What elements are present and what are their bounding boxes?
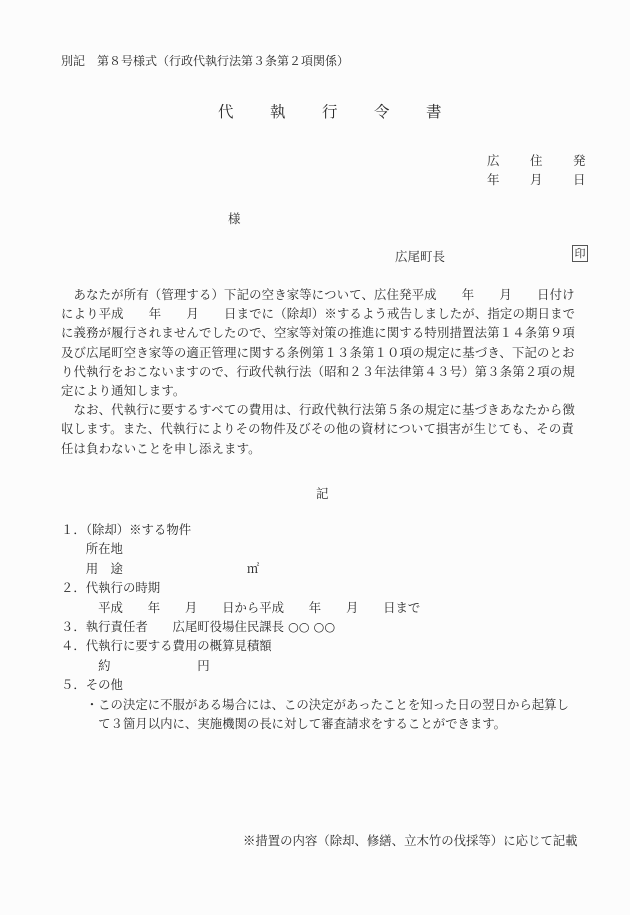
title-char: 代: [218, 100, 270, 122]
body-line: 収します。また、代執行によりその物件及びその他の資材について損害が生じても、その…: [61, 419, 591, 438]
item-list: １．（除却）※する物件 所在地 用 途 ㎡ ２．代執行の時期 平成 年 月 日か…: [61, 520, 569, 733]
doc-number-char: 発: [573, 151, 616, 169]
title-char: 執: [270, 100, 322, 122]
document-date: 年月日: [487, 170, 616, 188]
list-item: ３．執行責任者 広尾町役場住民課長 ○○ ○○: [61, 617, 569, 636]
footnote: ※措置の内容（除却、修繕、立木竹の伐採等）に応じて記載: [243, 831, 578, 849]
title-char: 令: [374, 100, 426, 122]
list-item: 所在地: [61, 539, 569, 558]
form-reference: 別記 第８号様式（行政代執行法第３条第２項関係）: [61, 52, 349, 69]
list-item: ４．代執行に要する費用の概算見積額: [61, 636, 569, 655]
date-year-label: 年: [487, 170, 530, 188]
body-line: あなたが所有（管理する）下記の空き家等について、広住発平成 年 月 日付け: [61, 285, 591, 304]
list-item: て３箇月以内に、実施機関の長に対して審査請求をすることができます。: [61, 714, 569, 733]
date-day-label: 日: [573, 170, 616, 188]
title-char: 行: [322, 100, 374, 122]
body-line: なお、代執行に要するすべての費用は、行政代執行法第５条の規定に基づきあなたから徴: [61, 400, 591, 419]
body-line: に義務が履行されませんでしたので、空家等対策の推進に関する特別措置法第１４条第９…: [61, 323, 591, 342]
ki-heading: 記: [316, 484, 329, 502]
list-item: 用 途 ㎡: [61, 559, 569, 578]
date-month-label: 月: [530, 170, 573, 188]
doc-number-char: 広: [487, 151, 530, 169]
list-item: ２．代執行の時期: [61, 578, 569, 597]
body-line: により平成 年 月 日までに（除却）※するよう戒告しましたが、指定の期日まで: [61, 304, 591, 323]
body-line: 任は負わないことを申し添えます。: [61, 439, 591, 458]
body-line: 定により通知します。: [61, 381, 591, 400]
addressee-suffix: 様: [228, 209, 241, 227]
title-char: 書: [426, 100, 478, 122]
body-line: り代執行をおこないますので、行政代執行法（昭和２３年法律第４３号）第３条第２項の…: [61, 362, 591, 381]
list-item: ・この決定に不服がある場合には、この決定があったことを知った日の翌日から起算し: [61, 695, 569, 714]
body-line: 及び広尾町空き家等の適正管理に関する条例第１３条第１０項の規定に基づき、下記のと…: [61, 343, 591, 362]
list-item: 平成 年 月 日から平成 年 月 日まで: [61, 598, 569, 617]
list-item: ５．その他: [61, 675, 569, 694]
list-item: １．（除却）※する物件: [61, 520, 569, 539]
doc-number-char: 住: [530, 151, 573, 169]
document-number: 広住発: [487, 151, 616, 169]
body-paragraphs: あなたが所有（管理する）下記の空き家等について、広住発平成 年 月 日付け によ…: [61, 285, 591, 458]
list-item: 約 円: [61, 656, 569, 675]
issuer-name: 広尾町長: [395, 247, 445, 265]
document-title: 代執行令書: [218, 100, 478, 122]
seal-icon: 印: [572, 245, 588, 262]
